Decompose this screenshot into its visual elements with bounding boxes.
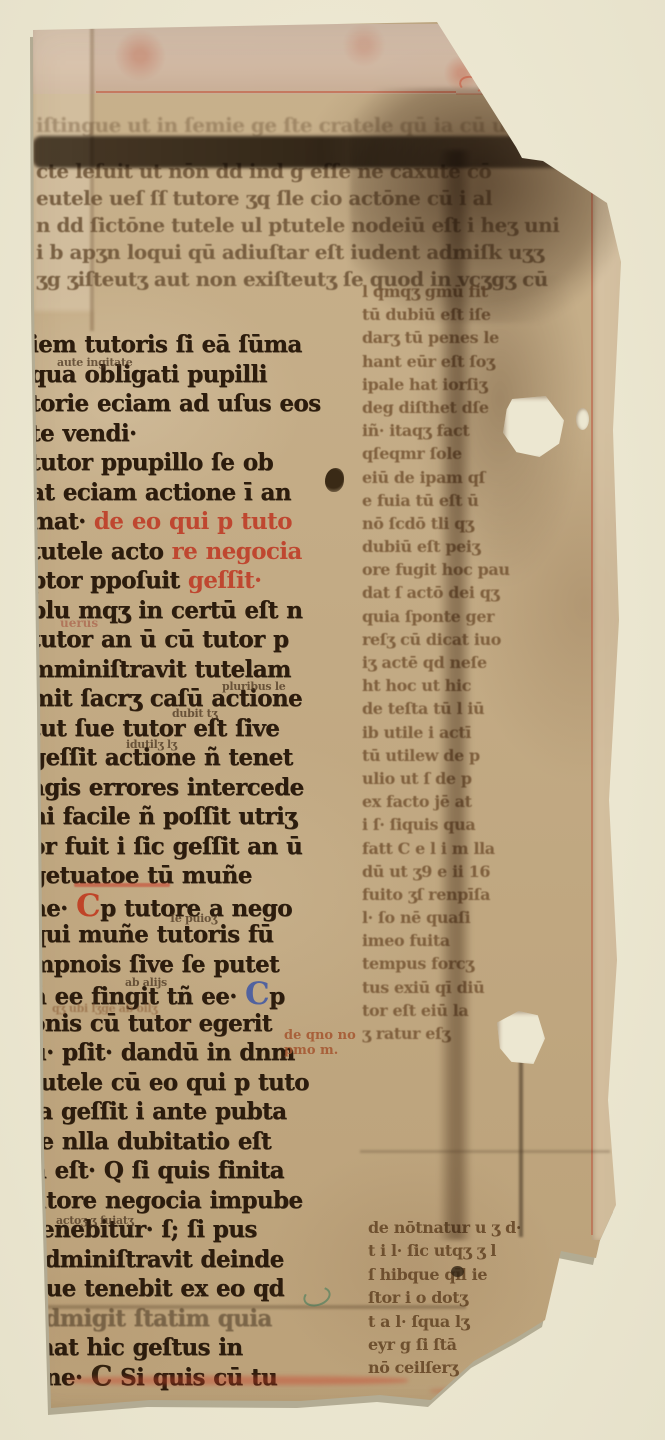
text-line: ſ hibque qīl ie	[368, 1263, 543, 1286]
red-squiggle-top	[457, 74, 484, 96]
text-line: or fuit i ſic geſſit an ū	[30, 832, 350, 862]
text-line: l qmqʒ gmū fit	[362, 280, 552, 303]
text-line: ulio ut ſ de p	[362, 767, 552, 790]
interlinear-gloss: ab alijs	[125, 976, 167, 989]
manuscript-fragment: iſtingue ut in ſemie ge ſte cratele qū i…	[0, 0, 665, 1440]
red-underline	[74, 883, 170, 887]
text-line: tutele cū eo qui p tuto	[30, 1068, 350, 1098]
text-line: tenebitur· ſ; ſi pus	[30, 1215, 350, 1245]
margin-note-line: de qno no	[284, 1028, 356, 1043]
text-line: geſſit actione ñ tenet	[30, 743, 350, 773]
top-text-block: iſtingue ut in ſemie ge ſte cratele qū i…	[36, 112, 611, 293]
text-line: ht hoc ut hic	[362, 674, 552, 697]
text-line: imeo fuita	[362, 929, 552, 952]
text-line: mat· de eo qui p tuto	[30, 507, 350, 537]
text-line: iñ· itaqʒ fact	[362, 419, 552, 442]
text-line: ptor ppoſuit geſſit·	[30, 566, 350, 596]
text-line: tū dubiū eſt iſe	[362, 303, 552, 326]
red-dot-top	[496, 93, 502, 99]
ink-blot	[325, 468, 344, 492]
text-line: ib utile i actī	[362, 721, 552, 744]
top-margin-band	[33, 24, 520, 94]
text-line: ni facile ñ poſſit utriʒ	[30, 802, 350, 832]
text-line: eyr g ſi ſtā	[368, 1333, 543, 1356]
left-margin-strip	[33, 26, 93, 311]
text-line: dat ſ actō dei qʒ	[362, 581, 552, 604]
text-line: tut ſue tutor eſt ſive	[30, 714, 350, 744]
text-line: reſʒ cū dicat iuo	[362, 628, 552, 651]
text-line: ore fugit hoc pau	[362, 558, 552, 581]
left-crease	[90, 26, 94, 331]
red-smear-bottom	[66, 1376, 408, 1385]
text-line: de teſta tū l iū	[362, 697, 552, 720]
red-smear-bottom-right	[430, 1388, 560, 1394]
text-line: at eciam actione ī an	[30, 478, 350, 508]
right-margin-strip	[592, 150, 622, 1240]
text-line: tus exiū qī diū	[362, 976, 552, 999]
text-line: mit ſacrʒ caſū actione	[30, 684, 350, 714]
text-line: iʒ actē qd neſe	[362, 651, 552, 674]
text-line: fuito ʒſ renpīſa	[362, 883, 552, 906]
text-line: ipale hat iorſiʒ	[362, 373, 552, 396]
text-line: t i l· ſic utqʒ ʒ l	[368, 1239, 543, 1262]
text-line: mpnois ſive ſe putet	[30, 950, 350, 980]
text-line: tor eſt eiū la	[362, 999, 552, 1022]
red-ruling-line-top	[96, 91, 456, 93]
parchment-hole	[503, 396, 564, 457]
text-line: eutele ueſ ſſ tutore ʒq ſle cio actōne c…	[36, 185, 611, 212]
horizontal-crease	[360, 1150, 610, 1153]
text-line: mat hic geſtus in	[30, 1333, 350, 1363]
text-line: admigit ſtatim quia	[30, 1304, 350, 1334]
text-line: torie eciam ad uſus eos	[30, 389, 350, 419]
text-line: iem tutoris ſi eā ſūma	[30, 330, 350, 360]
text-line: iſtingue ut in ſemie ge ſte cratele qū i…	[36, 112, 611, 139]
interlinear-gloss-faint: qʒ ubi lʒge ab oilʒ	[52, 1002, 157, 1015]
text-line: deg diſthet dſe	[362, 396, 552, 419]
red-ruling-line-top-faint	[456, 93, 526, 95]
text-line: getuatoe tū muñe	[30, 861, 350, 891]
text-line: t a l· ſqua lʒ	[368, 1310, 543, 1333]
text-line: ñ ee fingit tñ ee· Cp	[30, 979, 350, 1009]
text-line: ʒg ʒiſteutʒ aut non exiſteutʒ ſe quod in…	[36, 266, 611, 293]
text-line: qui muñe tutoris fū	[30, 920, 350, 950]
text-line: l· ſo nē quaſi	[362, 906, 552, 929]
text-line: darʒ tū penes le	[362, 326, 552, 349]
text-line: hant eūr eſt ſoʒ	[362, 350, 552, 373]
red-ruling-line-right	[591, 100, 593, 1235]
interlinear-gloss: aute ingitate	[57, 356, 132, 369]
text-line: dū ut ʒ9 e ii 16	[362, 860, 552, 883]
text-line: agis errores intercede	[30, 773, 350, 803]
top-right-stain	[350, 88, 618, 323]
small-dark-spot	[451, 1266, 464, 1277]
margin-note-line: pmo m.	[284, 1043, 338, 1058]
text-line: tutor ppupillo ſe ob	[30, 448, 350, 478]
text-line: plu mqʒ in certū eſt n	[30, 596, 350, 626]
text-line: ex facto jē at	[362, 790, 552, 813]
text-line: dubiū eſt peiʒ	[362, 535, 552, 558]
text-line: eiū de ipam qſ	[362, 466, 552, 489]
text-line: te vendi·	[30, 419, 350, 449]
parchment-hole	[497, 1011, 545, 1064]
margin-note-red: uerus	[60, 616, 98, 630]
text-line: ʒ ratur eſʒ	[362, 1022, 552, 1045]
interlinear-gloss: idutilʒ lʒ	[126, 738, 177, 751]
gutter-fold-line	[519, 1053, 523, 1237]
text-line: n dd ſictōne tutele ul ptutele nodeiū eſ…	[36, 212, 611, 239]
right-gloss-column: l qmqʒ gmū fittū dubiū eſt iſedarʒ tū pe…	[362, 280, 552, 1045]
text-line: utore negocia impube	[30, 1186, 350, 1216]
right-column-stain	[415, 275, 585, 585]
interlinear-gloss: dubit tʒ	[172, 707, 217, 720]
text-line: qua obligati pupilli	[30, 360, 350, 390]
text-line: i ſ· ſiquis qua	[362, 813, 552, 836]
photo-mat: iſtingue ut in ſemie ge ſte cratele qū i…	[0, 0, 665, 1440]
text-line: onis cū tutor egerit	[30, 1009, 350, 1039]
interlinear-gloss: pluribus le	[222, 680, 285, 693]
text-line: nō ſcdō tli qʒ	[362, 512, 552, 535]
left-text-column: iem tutoris ſi eā ſūmaqua obligati pupil…	[30, 330, 350, 1392]
text-line: e fuia tū eſt ū	[362, 489, 552, 512]
text-line: tutor an ū cū tutor p	[30, 625, 350, 655]
text-line: ū· pſit· dandū in dnm	[30, 1038, 350, 1068]
text-line: ſtor i o dotʒ	[368, 1286, 543, 1309]
text-line: ſe nlla dubitatio eſt	[30, 1127, 350, 1157]
bottom-gloss-block: de nōtnatur u ʒ d·t i l· ſic utqʒ ʒ lſ h…	[368, 1216, 543, 1380]
text-line: n eſt· Q ſi quis finita	[30, 1156, 350, 1186]
text-line: one· C Si quis cū tu	[30, 1363, 350, 1393]
text-line: cte leſuit ut nōn dd ind g eſſe ne caxut…	[36, 158, 611, 185]
interlinear-gloss: actoʒ ʒ fuiatʒ	[56, 1214, 134, 1227]
text-line: que tenebit ex eo qd	[30, 1274, 350, 1304]
text-line: ia geſſit i ante pubta	[30, 1097, 350, 1127]
interlinear-gloss: Ie puioʒ	[170, 912, 217, 925]
margin-note-red: de qno nopmo m.	[284, 1028, 356, 1058]
text-line: fatt C e l i m lla	[362, 837, 552, 860]
text-line: qſeqmr ſole	[362, 442, 552, 465]
green-pen-mark	[301, 1283, 334, 1310]
text-line: tū utilew de p	[362, 744, 552, 767]
dark-stain-band	[33, 136, 611, 168]
horizontal-crease	[36, 1305, 466, 1309]
parchment-hole-small	[576, 408, 589, 430]
text-line: tempus forcʒ	[362, 952, 552, 975]
text-line: ne· Cp tutore a nego	[30, 891, 350, 921]
text-line: de nōtnatur u ʒ d·	[368, 1216, 543, 1239]
text-line: tutele acto re negocia	[30, 537, 350, 567]
text-line: quia ſponte ger	[362, 605, 552, 628]
text-line: i b apʒn loqui qū adiuſtar eſt iudent ad…	[36, 239, 611, 266]
text-line: mminiſtravit tutelam	[30, 655, 350, 685]
text-line: adminiſtravit deinde	[30, 1245, 350, 1275]
text-line: nō ceilſerʒ	[368, 1356, 543, 1379]
gutter-fold-stain	[438, 150, 472, 1240]
